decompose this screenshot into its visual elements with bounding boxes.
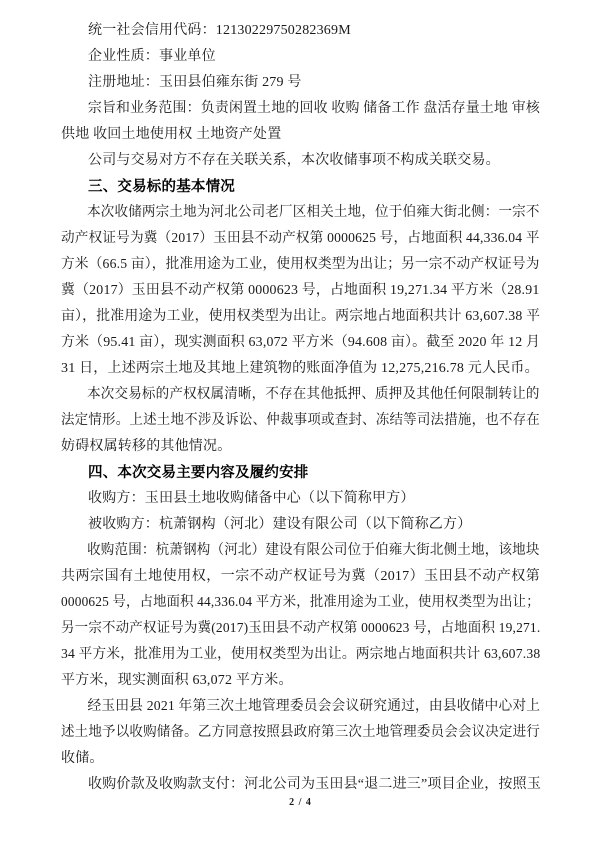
document-body: 统一社会信用代码：12130229750282369M企业性质：事业单位注册地址…: [61, 18, 540, 798]
document-line: 收购方：玉田县土地收购储备中心（以下简称甲方）: [61, 486, 540, 512]
document-line: 34 平方米，批准用为工业，使用权类型为出让。两宗地占地面积共计 63,607.…: [61, 642, 528, 668]
document-page: 统一社会信用代码：12130229750282369M企业性质：事业单位注册地址…: [0, 0, 601, 841]
document-line: 平方米，现实测面积 63,072 平方米。: [61, 668, 540, 694]
page-footer: 2 / 4: [0, 792, 601, 810]
document-line: 统一社会信用代码：12130229750282369M: [61, 18, 540, 44]
document-line: 述土地予以收购储备。乙方同意按照县政府第三次土地管理委员会会议决定进行: [61, 720, 523, 746]
document-line: 收购范围：杭萧钢构（河北）建设有限公司位于伯雍大街北侧土地，该地块: [61, 538, 524, 564]
document-line: 另一宗不动产权证号为冀(2017)玉田县不动产权第 0000623 号，占地面积…: [61, 616, 522, 642]
document-line: 0000625 号，占地面积 44,336.04 平方米，批准用途为工业，使用权…: [61, 590, 517, 616]
document-line: 方米（95.41 亩），现实测面积 63,072 平方米（94.608 亩）。截…: [61, 330, 536, 356]
document-line: 方米（66.5 亩），批准用途为工业，使用权类型为出让；另一宗不动产权证号为: [61, 252, 528, 278]
document-line: 收储。: [61, 746, 540, 772]
document-line: 冀（2017）玉田县不动产权第 0000623 号，占地面积 19,271.34…: [61, 278, 536, 304]
page-number: 2 / 4: [289, 797, 312, 808]
document-line: 法定情形。上述土地不涉及诉讼、仲裁事项或查封、冻结等司法措施，也不存在: [61, 408, 523, 434]
document-line: 供地 收回土地使用权 土地资产处置: [61, 122, 540, 148]
document-line: 宗旨和业务范围：负责闲置土地的回收 收购 储备工作 盘活存量土地 审核: [61, 96, 537, 122]
document-line: 31 日，上述两宗土地及其地上建筑物的账面净值为 12,275,216.78 元…: [61, 356, 540, 382]
document-line: 注册地址：玉田县伯雍东街 279 号: [61, 70, 540, 96]
section-heading: 四、本次交易主要内容及履约安排: [61, 460, 540, 486]
document-line: 经玉田县 2021 年第三次土地管理委员会会议研究通过，由县收储中心对上: [61, 694, 530, 720]
document-line: 本次交易标的产权权属清晰，不存在其他抵押、质押及其他任何限制转让的: [61, 382, 524, 408]
document-line: 企业性质：事业单位: [61, 44, 540, 70]
section-heading: 三、交易标的基本情况: [61, 174, 540, 200]
document-line: 亩），批准用途为工业，使用权类型为出让。两宗地占地面积共计 63,607.38 …: [61, 304, 535, 330]
document-line: 妨碍权属转移的其他情况。: [61, 434, 540, 460]
document-line: 本次收储两宗土地为河北公司老厂区相关土地，位于伯雍大街北侧：一宗不: [61, 200, 524, 226]
document-line: 共两宗国有土地使用权，一宗不动产权证号为冀（2017）玉田县不动产权第: [61, 564, 540, 590]
document-line: 动产权证号为冀（2017）玉田县不动产权第 0000625 号，占地面积 44,…: [61, 226, 526, 252]
document-line: 被收购方：杭萧钢构（河北）建设有限公司（以下简称乙方）: [61, 512, 540, 538]
document-line: 公司与交易对方不存在关联关系，本次收储事项不构成关联交易。: [61, 148, 540, 174]
